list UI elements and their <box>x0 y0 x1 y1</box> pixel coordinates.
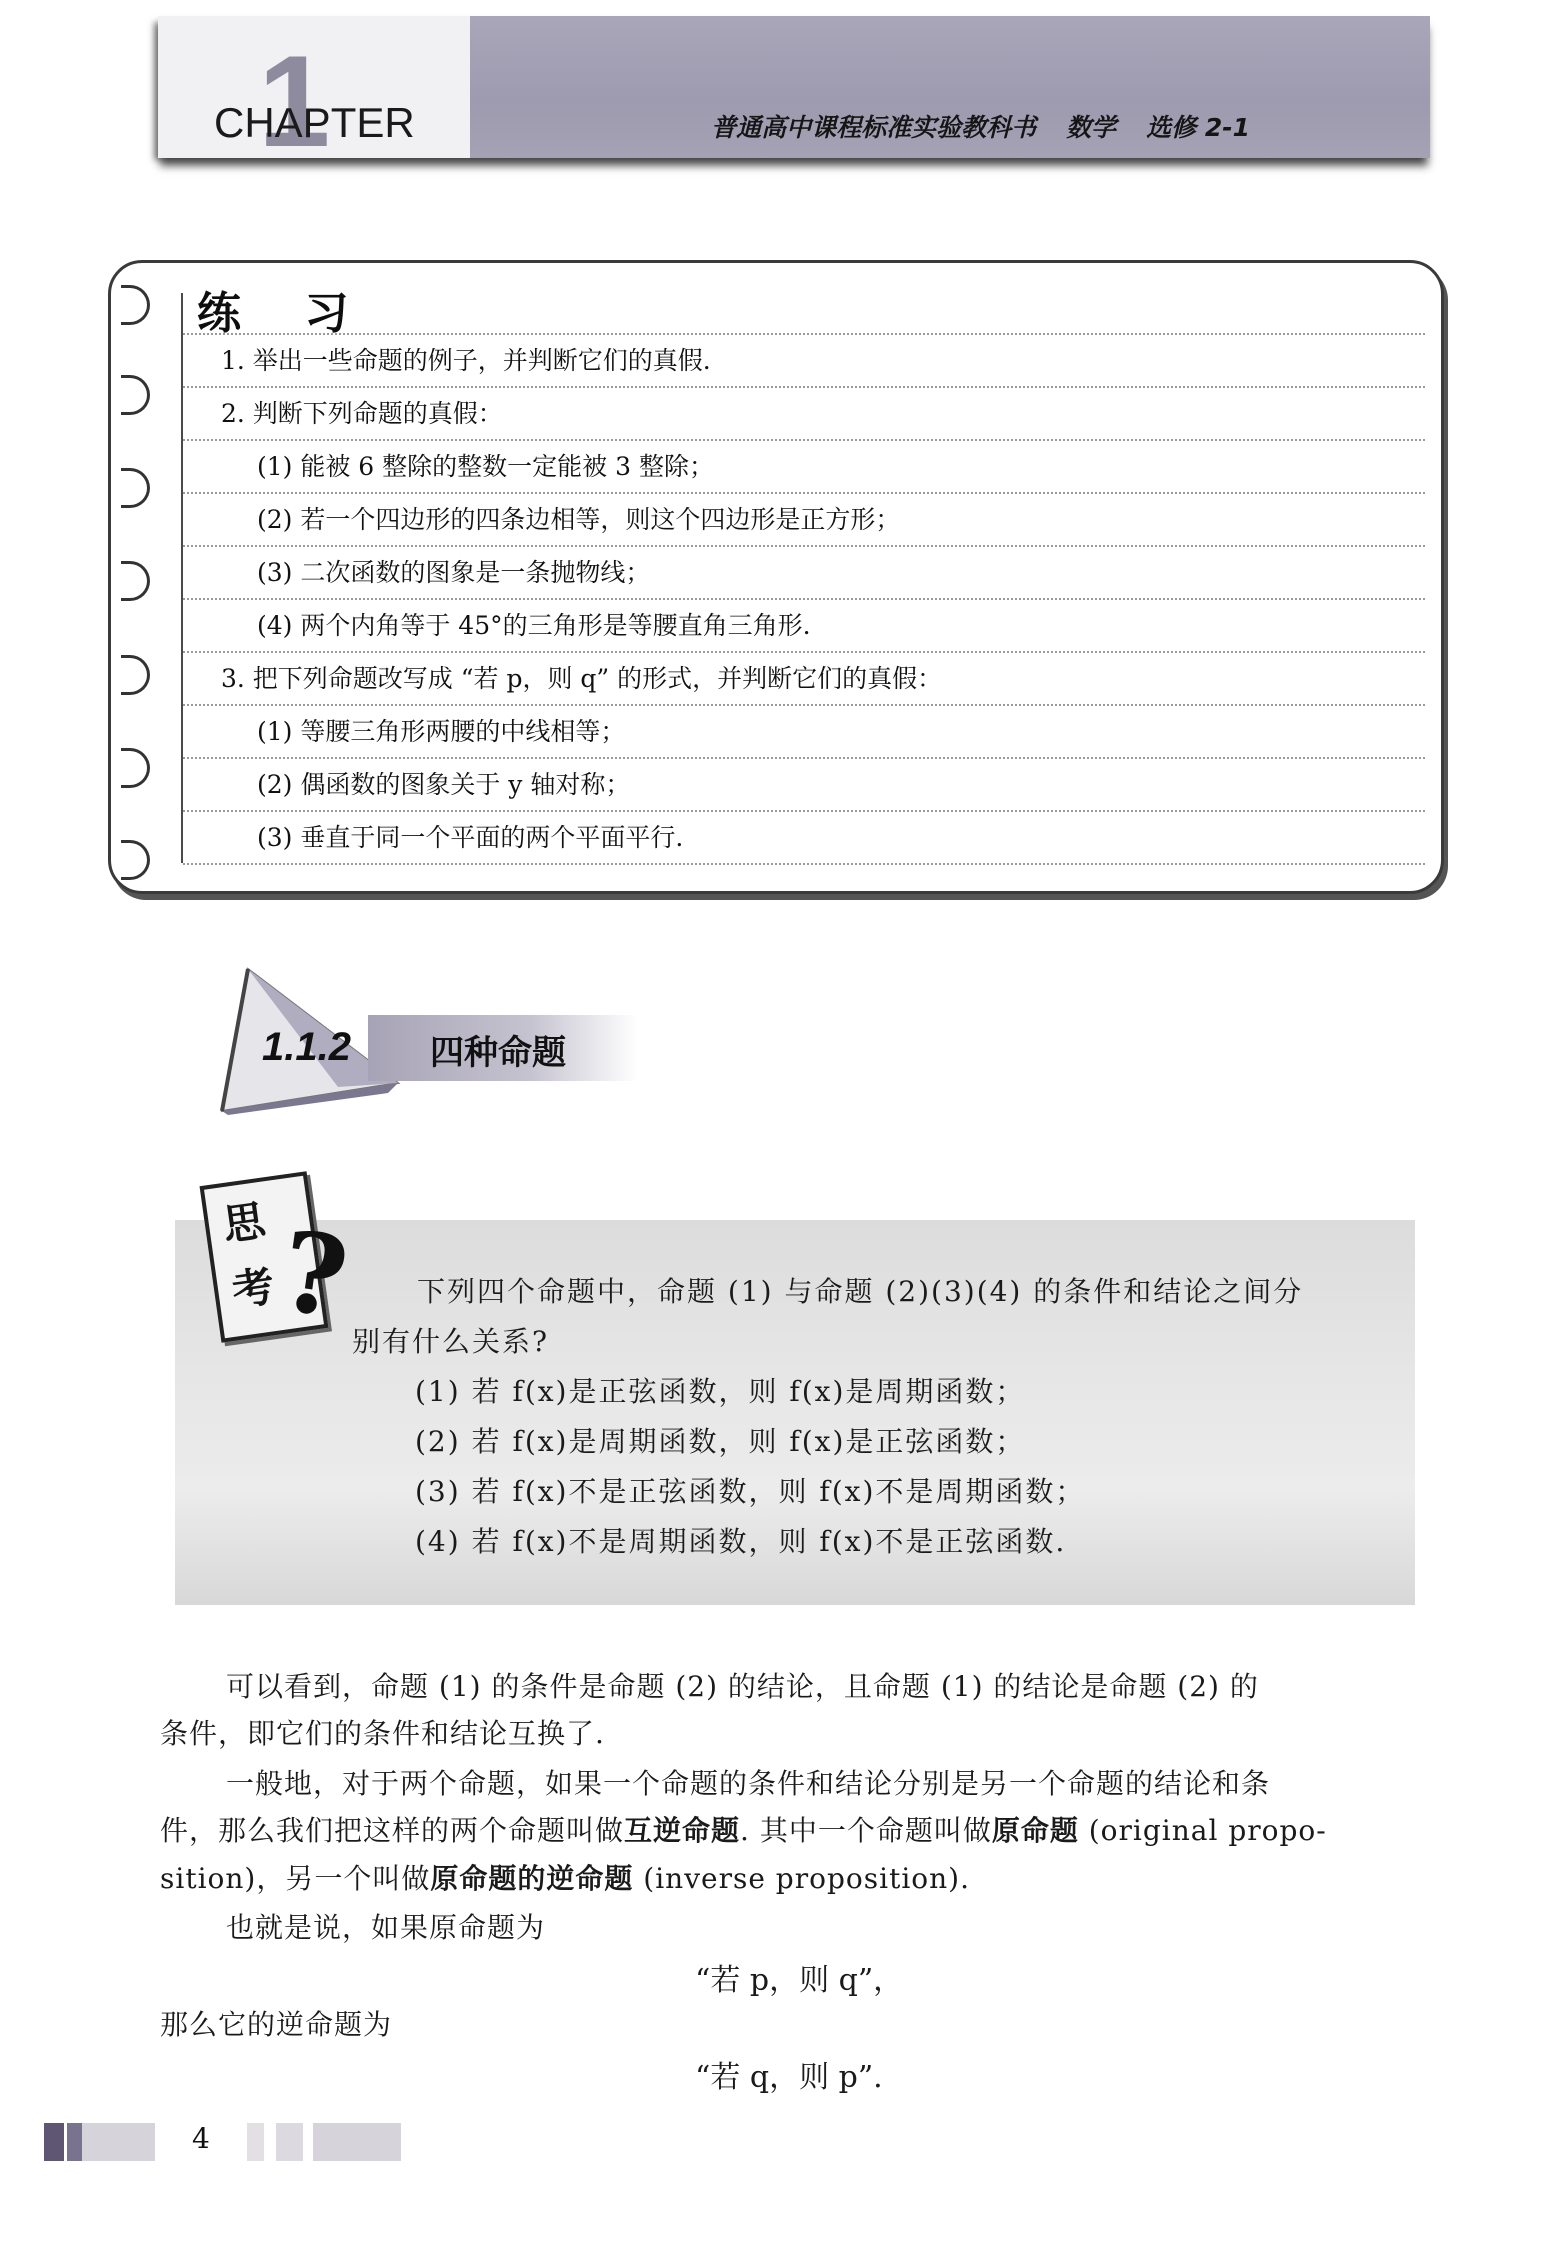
text-run: . 其中一个命题叫做 <box>740 1814 992 1847</box>
chapter-header: 1 CHAPTER 普通高中课程标准实验教科书数学选修 2-1 <box>158 16 1430 158</box>
formula-original: “若 p，则 q”， <box>695 1955 903 1999</box>
think-item: (4) 若 f(x)不是周期函数，则 f(x)不是正弦函数. <box>415 1520 1066 1560</box>
paragraph-line: 件，那么我们把这样的两个命题叫做互逆命题. 其中一个命题叫做原命题 (origi… <box>160 1809 1327 1849</box>
ruled-line <box>183 651 1425 653</box>
ruled-line <box>183 545 1425 547</box>
binder-ring-icon <box>121 561 150 601</box>
exercise-subitem: (1) 等腰三角形两腰的中线相等； <box>257 712 625 748</box>
formula-inverse: “若 q，则 p”. <box>695 2052 883 2096</box>
ruled-line <box>183 863 1425 865</box>
text-run: (inverse proposition). <box>633 1862 970 1895</box>
book-title: 普通高中课程标准实验教科书数学选修 2-1 <box>711 108 1250 144</box>
paragraph-line: sition)，另一个叫做原命题的逆命题 (inverse propositio… <box>160 1857 970 1897</box>
ruled-line <box>183 704 1425 706</box>
section-number: 1.1.2 <box>262 1025 351 1070</box>
binder-ring-icon <box>121 748 150 788</box>
exercise-subitem: (1) 能被 6 整除的整数一定能被 3 整除； <box>257 447 714 483</box>
exercise-subitem: (3) 垂直于同一个平面的两个平面平行. <box>257 818 683 854</box>
ruled-line <box>183 439 1425 441</box>
page-number: 4 <box>192 2122 210 2155</box>
think-item: (1) 若 f(x)是正弦函数，则 f(x)是周期函数； <box>415 1370 1025 1410</box>
paragraph-line: 一般地，对于两个命题，如果一个命题的条件和结论分别是另一个命题的结论和条 <box>226 1762 1270 1802</box>
term-original-proposition: 原命题 <box>992 1814 1079 1847</box>
chapter-band: 普通高中课程标准实验教科书数学选修 2-1 <box>470 16 1430 158</box>
term-converse-propositions: 互逆命题 <box>624 1814 740 1847</box>
text-run: (original propo- <box>1079 1814 1327 1847</box>
exercise-subitem: (4) 两个内角等于 45°的三角形是等腰直角三角形. <box>257 606 811 642</box>
text-run: sition)，另一个叫做 <box>160 1862 430 1895</box>
ruled-line <box>183 386 1425 388</box>
paragraph-line: 条件，即它们的条件和结论互换了. <box>160 1712 605 1752</box>
footer-bar-light <box>276 2123 303 2161</box>
ruled-line <box>183 810 1425 812</box>
ruled-line <box>183 757 1425 759</box>
exercise-box: 练 习 1. 举出一些命题的例子，并判断它们的真假. 2. 判断下列命题的真假：… <box>108 260 1444 894</box>
term-inverse-proposition: 原命题的逆命题 <box>430 1862 633 1895</box>
ruled-line <box>183 492 1425 494</box>
think-char: 思 <box>219 1188 269 1253</box>
book-series: 普通高中课程标准实验教科书 <box>711 113 1036 142</box>
book-volume: 选修 2-1 <box>1146 113 1250 142</box>
exercise-item: 1. 举出一些命题的例子，并判断它们的真假. <box>221 341 711 377</box>
exercise-subitem: (2) 若一个四边形的四条边相等，则这个四边形是正方形； <box>257 500 900 536</box>
think-item: (3) 若 f(x)不是正弦函数，则 f(x)不是周期函数； <box>415 1470 1085 1510</box>
think-intro: 下列四个命题中，命题 (1) 与命题 (2)(3)(4) 的条件和结论之间分 <box>417 1270 1303 1310</box>
footer-bar-light <box>313 2123 401 2161</box>
section-heading: 1.1.2 四种命题 <box>218 965 638 1115</box>
text-run: 件，那么我们把这样的两个命题叫做 <box>160 1814 624 1847</box>
think-item: (2) 若 f(x)是周期函数，则 f(x)是正弦函数； <box>415 1420 1025 1460</box>
exercise-item: 3. 把下列命题改写成 “若 p，则 q” 的形式，并判断它们的真假： <box>221 659 942 695</box>
binder-ring-icon <box>121 285 150 325</box>
exercise-subitem: (2) 偶函数的图象关于 y 轴对称； <box>257 765 630 801</box>
book-subject: 数学 <box>1066 113 1116 142</box>
think-intro-cont: 别有什么关系? <box>352 1320 549 1360</box>
footer-bar-light <box>82 2123 155 2161</box>
exercise-subitem: (3) 二次函数的图象是一条抛物线； <box>257 553 650 589</box>
paragraph-line: 那么它的逆命题为 <box>160 2003 392 2043</box>
footer-bar-dark <box>67 2123 82 2161</box>
footer-bar-light <box>247 2123 264 2161</box>
binder-ring-icon <box>121 840 150 880</box>
margin-line <box>181 293 183 863</box>
paragraph-line: 也就是说，如果原命题为 <box>226 1906 545 1946</box>
section-title: 四种命题 <box>430 1025 566 1074</box>
paragraph-line: 可以看到，命题 (1) 的条件是命题 (2) 的结论，且命题 (1) 的结论是命… <box>226 1665 1259 1705</box>
ruled-line <box>183 333 1425 335</box>
exercise-item: 2. 判断下列命题的真假： <box>221 394 503 430</box>
exercise-title: 练 习 <box>197 277 372 341</box>
footer-bar-dark <box>44 2123 64 2161</box>
chapter-label: CHAPTER <box>214 102 415 144</box>
ruled-line <box>183 598 1425 600</box>
binder-ring-icon <box>121 655 150 695</box>
think-char: 考 <box>228 1253 278 1318</box>
binder-ring-icon <box>121 375 150 415</box>
binder-ring-icon <box>121 468 150 508</box>
chapter-panel: 1 CHAPTER <box>158 16 470 158</box>
